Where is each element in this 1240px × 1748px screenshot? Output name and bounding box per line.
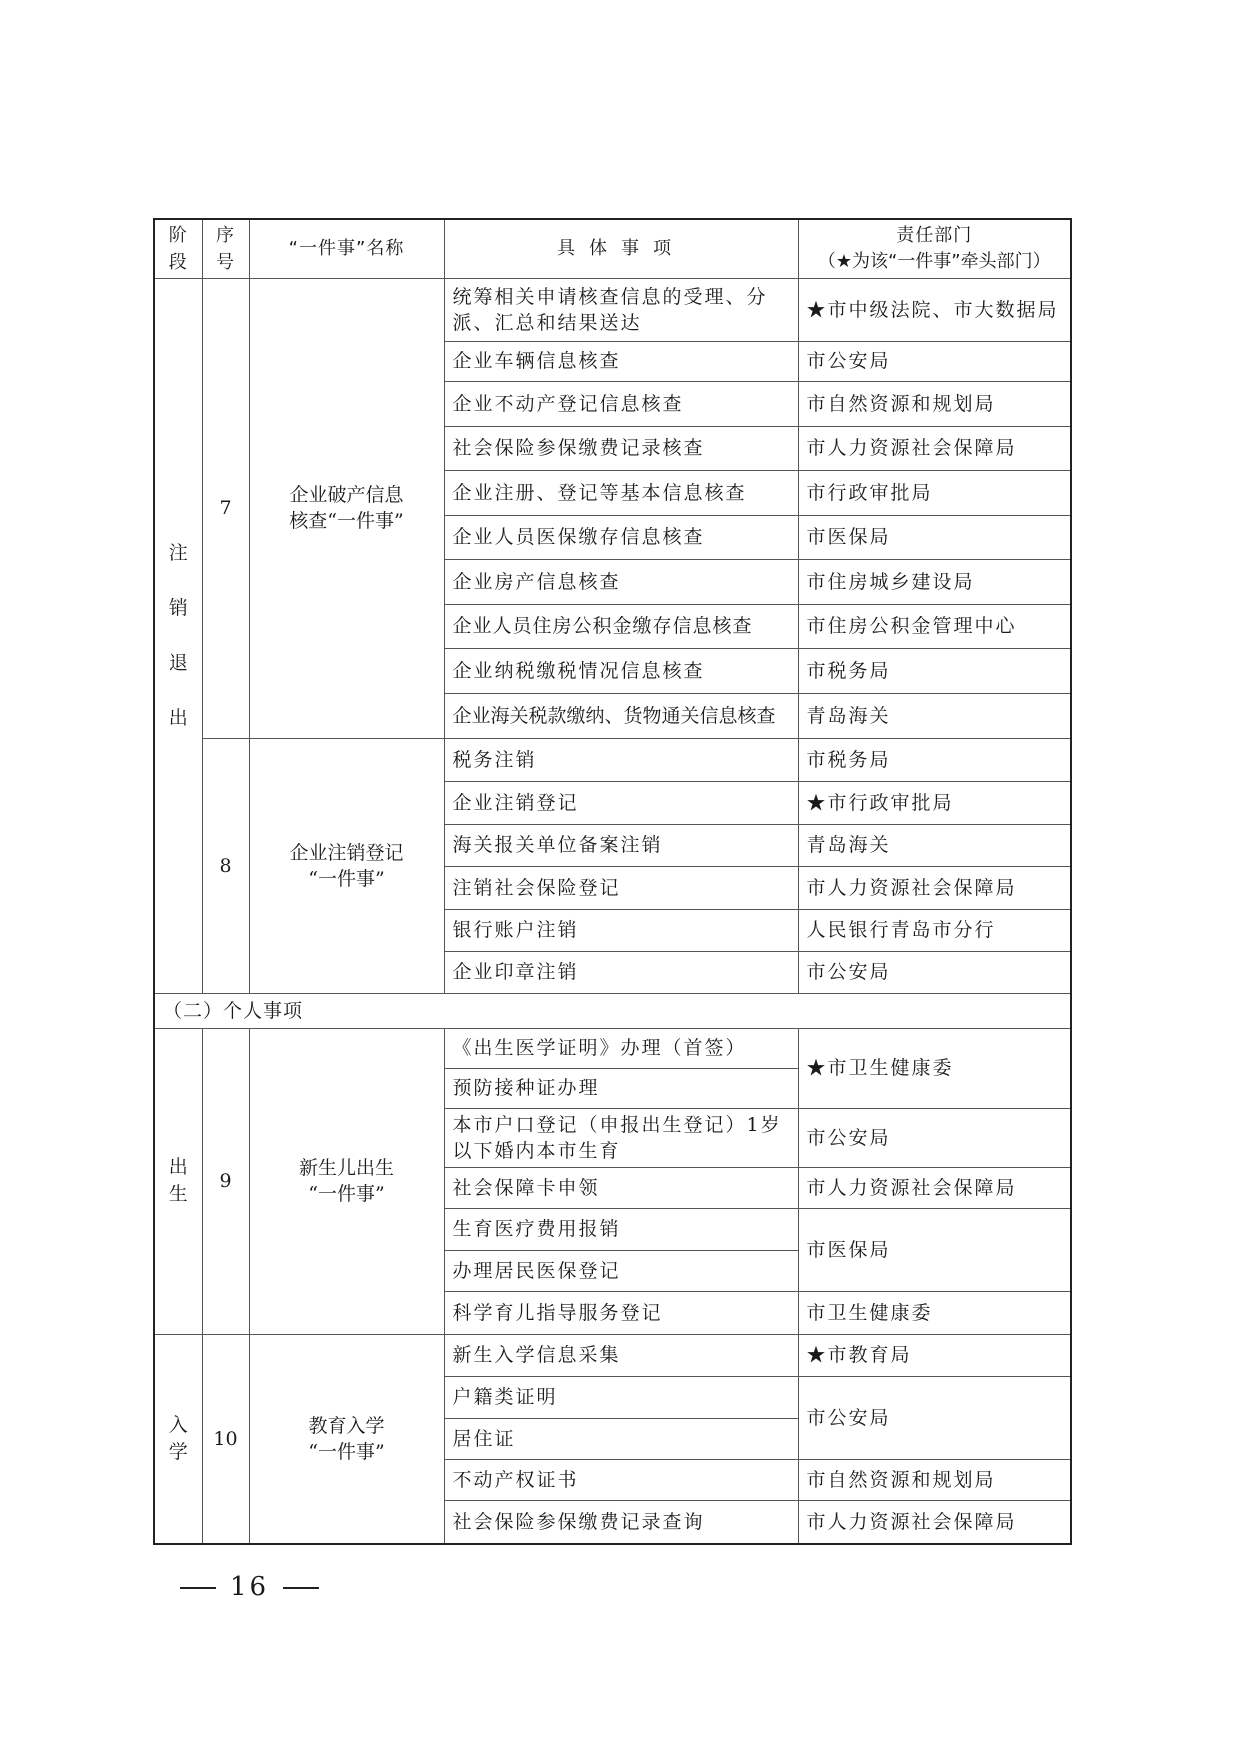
stage-char: 学 bbox=[155, 1439, 202, 1466]
item-cell: 企业人员住房公积金缴存信息核查 bbox=[444, 604, 798, 648]
name-line: 企业注销登记 bbox=[250, 840, 444, 866]
dept-cell: 市公安局 bbox=[798, 1108, 1071, 1167]
name-cell: 企业破产信息 核查“一件事” bbox=[249, 278, 444, 738]
item-cell: 企业注销登记 bbox=[444, 781, 798, 824]
name-cell: 企业注销登记 “一件事” bbox=[249, 738, 444, 993]
item-cell: 办理居民医保登记 bbox=[444, 1250, 798, 1291]
item-cell: 不动产权证书 bbox=[444, 1459, 798, 1500]
item-cell: 企业不动产登记信息核查 bbox=[444, 381, 798, 426]
dept-cell: 市公安局 bbox=[798, 951, 1071, 993]
document-page: 阶 段 序 号 “一件事”名称 具体事项 责任部门 （★为该“一件事”牵头部门）… bbox=[0, 0, 1240, 1748]
name-line: “一件事” bbox=[250, 1181, 444, 1207]
name-line: “一件事” bbox=[250, 866, 444, 892]
dept-cell: 市人力资源社会保障局 bbox=[798, 1500, 1071, 1544]
dept-cell: 青岛海关 bbox=[798, 824, 1071, 866]
dept-cell: 市行政审批局 bbox=[798, 470, 1071, 515]
item-cell: 企业人员医保缴存信息核查 bbox=[444, 515, 798, 559]
table-header-row: 阶 段 序 号 “一件事”名称 具体事项 责任部门 （★为该“一件事”牵头部门） bbox=[154, 219, 1071, 278]
item-cell: 《出生医学证明》办理（首签） bbox=[444, 1028, 798, 1068]
dept-cell: ★市教育局 bbox=[798, 1334, 1071, 1376]
dept-cell: 市税务局 bbox=[798, 738, 1071, 781]
item-cell: 居住证 bbox=[444, 1418, 798, 1459]
stage-cell-birth: 出 生 bbox=[154, 1028, 202, 1334]
item-cell: 社会保障卡申领 bbox=[444, 1167, 798, 1208]
item-cell: 户籍类证明 bbox=[444, 1376, 798, 1418]
table-row: 8 企业注销登记 “一件事” 税务注销 市税务局 bbox=[154, 738, 1071, 781]
seq-cell: 8 bbox=[202, 738, 249, 993]
dept-cell: 市医保局 bbox=[798, 1208, 1071, 1291]
header-dept: 责任部门 （★为该“一件事”牵头部门） bbox=[798, 219, 1071, 278]
item-cell: 企业印章注销 bbox=[444, 951, 798, 993]
item-cell: 社会保险参保缴费记录查询 bbox=[444, 1500, 798, 1544]
item-cell: 注销社会保险登记 bbox=[444, 866, 798, 909]
page-number-value: 16 bbox=[230, 1572, 269, 1602]
stage-cell-school: 入 学 bbox=[154, 1334, 202, 1544]
item-cell: 本市户口登记（申报出生登记）1岁以下婚内本市生育 bbox=[444, 1108, 798, 1167]
stage-char: 出 bbox=[155, 1154, 202, 1181]
dept-cell: 市自然资源和规划局 bbox=[798, 381, 1071, 426]
table-row: 入 学 10 教育入学 “一件事” 新生入学信息采集 ★市教育局 bbox=[154, 1334, 1071, 1376]
dept-cell: 人民银行青岛市分行 bbox=[798, 909, 1071, 951]
page-number: 16 bbox=[166, 1572, 333, 1602]
header-stage-char: 段 bbox=[155, 249, 202, 276]
header-items: 具体事项 bbox=[444, 219, 798, 278]
name-line: “一件事” bbox=[250, 1439, 444, 1465]
one-thing-table: 阶 段 序 号 “一件事”名称 具体事项 责任部门 （★为该“一件事”牵头部门）… bbox=[153, 218, 1072, 1545]
stage-cell-cancellation: 注 销 退 出 bbox=[154, 278, 202, 993]
item-cell: 税务注销 bbox=[444, 738, 798, 781]
item-cell: 统筹相关申请核查信息的受理、分派、汇总和结果送达 bbox=[444, 278, 798, 341]
dept-cell: 市卫生健康委 bbox=[798, 1291, 1071, 1334]
dept-cell: 青岛海关 bbox=[798, 693, 1071, 738]
name-cell: 新生儿出生 “一件事” bbox=[249, 1028, 444, 1334]
header-name: “一件事”名称 bbox=[249, 219, 444, 278]
dept-cell: 市人力资源社会保障局 bbox=[798, 866, 1071, 909]
stage-char: 出 bbox=[155, 691, 202, 746]
stage-char: 退 bbox=[155, 636, 202, 691]
item-cell: 企业海关税款缴纳、货物通关信息核查 bbox=[444, 693, 798, 738]
dept-cell: 市税务局 bbox=[798, 648, 1071, 693]
dept-cell: 市医保局 bbox=[798, 515, 1071, 559]
dept-cell: 市住房公积金管理中心 bbox=[798, 604, 1071, 648]
table-row: 出 生 9 新生儿出生 “一件事” 《出生医学证明》办理（首签） ★市卫生健康委 bbox=[154, 1028, 1071, 1068]
table-row: 注 销 退 出 7 企业破产信息 核查“一件事” 统筹相关申请核查信息的受理、分… bbox=[154, 278, 1071, 341]
item-cell: 企业车辆信息核查 bbox=[444, 341, 798, 381]
stage-char: 注 bbox=[155, 526, 202, 581]
dept-cell: 市公安局 bbox=[798, 341, 1071, 381]
stage-char: 生 bbox=[155, 1181, 202, 1208]
item-cell: 企业注册、登记等基本信息核查 bbox=[444, 470, 798, 515]
header-seq-char: 号 bbox=[203, 249, 249, 276]
dash-left bbox=[180, 1587, 216, 1589]
seq-cell: 9 bbox=[202, 1028, 249, 1334]
item-cell: 银行账户注销 bbox=[444, 909, 798, 951]
dept-cell: ★市行政审批局 bbox=[798, 781, 1071, 824]
item-cell: 新生入学信息采集 bbox=[444, 1334, 798, 1376]
item-cell: 海关报关单位备案注销 bbox=[444, 824, 798, 866]
header-seq: 序 号 bbox=[202, 219, 249, 278]
item-cell: 社会保险参保缴费记录核查 bbox=[444, 426, 798, 470]
stage-char: 销 bbox=[155, 581, 202, 636]
name-cell: 教育入学 “一件事” bbox=[249, 1334, 444, 1544]
dept-cell: 市人力资源社会保障局 bbox=[798, 1167, 1071, 1208]
item-cell: 科学育儿指导服务登记 bbox=[444, 1291, 798, 1334]
dept-cell: ★市卫生健康委 bbox=[798, 1028, 1071, 1108]
dept-cell: 市人力资源社会保障局 bbox=[798, 426, 1071, 470]
header-seq-char: 序 bbox=[203, 222, 249, 249]
name-line: 企业破产信息 bbox=[250, 482, 444, 508]
header-stage-char: 阶 bbox=[155, 222, 202, 249]
header-dept-title: 责任部门 bbox=[799, 223, 1071, 249]
seq-cell: 7 bbox=[202, 278, 249, 738]
stage-char: 入 bbox=[155, 1412, 202, 1439]
name-line: 核查“一件事” bbox=[250, 508, 444, 534]
dept-cell: 市自然资源和规划局 bbox=[798, 1459, 1071, 1500]
name-line: 教育入学 bbox=[250, 1413, 444, 1439]
section-row: （二）个人事项 bbox=[154, 993, 1071, 1028]
item-cell: 生育医疗费用报销 bbox=[444, 1208, 798, 1250]
header-dept-note: （★为该“一件事”牵头部门） bbox=[799, 249, 1071, 275]
item-cell: 企业房产信息核查 bbox=[444, 559, 798, 604]
dept-cell: 市住房城乡建设局 bbox=[798, 559, 1071, 604]
dept-cell: ★市中级法院、市大数据局 bbox=[798, 278, 1071, 341]
header-stage: 阶 段 bbox=[154, 219, 202, 278]
section-title-personal: （二）个人事项 bbox=[154, 993, 1071, 1028]
dash-right bbox=[283, 1587, 319, 1589]
dept-cell: 市公安局 bbox=[798, 1376, 1071, 1459]
seq-cell: 10 bbox=[202, 1334, 249, 1544]
name-line: 新生儿出生 bbox=[250, 1155, 444, 1181]
item-cell: 预防接种证办理 bbox=[444, 1068, 798, 1108]
item-cell: 企业纳税缴税情况信息核查 bbox=[444, 648, 798, 693]
